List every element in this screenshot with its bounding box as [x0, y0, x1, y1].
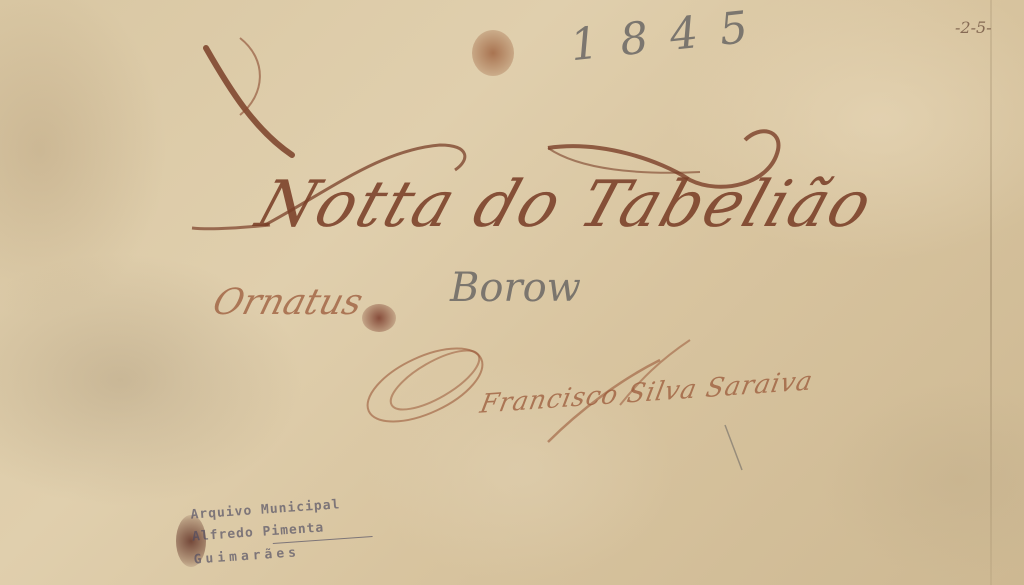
fold-crease: [990, 0, 992, 585]
ink-stain-top: [472, 30, 514, 76]
document-title: Notta do Tabelião: [248, 168, 883, 242]
left-signature: Ornatus: [209, 282, 367, 323]
ink-blot-signature: [362, 304, 396, 332]
pencil-name: Borow: [450, 265, 581, 311]
archive-stamp: Arquivo Municipal Alfredo Pimenta Guimar…: [190, 491, 384, 571]
corner-mark: -2-5-: [955, 18, 992, 37]
